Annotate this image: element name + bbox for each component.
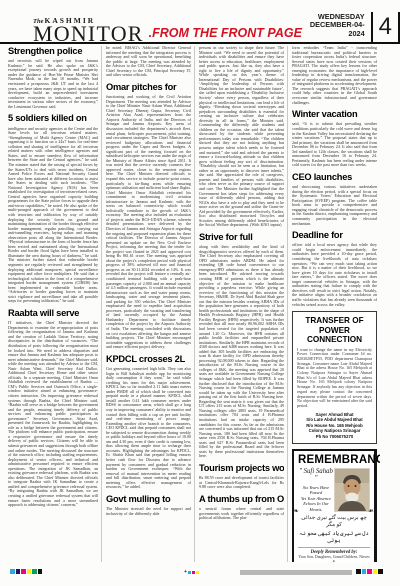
registration-dot [192,571,195,574]
notice-body: I want to change the name in my Electric… [297,348,372,409]
masthead: TheKASHMIR MONITOR .FROM THE FRONT PAGE … [0,4,400,44]
article-govt-mulling: Govt mulling to The Minister stressed th… [106,495,191,516]
article-ceo-launches: CEO launches and showcasing various init… [292,173,377,226]
column-3: persons in our society to shape their fu… [194,46,287,562]
column-1: Strengthen police and terrorists will be… [8,46,101,562]
article-headline: Deadline for [292,231,377,241]
urdu-couplet-line2: دل سے تیری یاد کبھی محو نہ ہوئی [298,531,370,545]
newspaper-page: TheKASHMIR MONITOR .FROM THE FRONT PAGE … [0,0,400,586]
paper-logo: TheKASHMIR MONITOR [33,17,144,43]
article-tourism-projects: Tourism projects worth Rs 88.59 crore an… [199,464,284,490]
article-headline: Winter vacation [292,110,377,120]
color-registration-marks-right [356,569,383,574]
article-oxford: A thumbs up from Oxford a neutral forum … [199,495,284,521]
article-headline: Tourism projects worth [199,464,284,474]
article-omar-pitches: Omar pitches for functioning and working… [106,83,191,350]
registration-dot [38,569,43,574]
power-connection-notice: TRANSFER OF POWER CONNECTION I want to c… [292,311,377,444]
remembrance-text: " Sufi Sahab " Six Years Have Passed Yet… [298,468,334,513]
article-body: along with their availability and the ki… [199,245,284,459]
article-continuation: he noted. BISAG’s Additional Director Ge… [106,46,191,78]
urdu-couplet-line1: چھ برس بیت گئے تیری جدائی کو مگر [298,515,370,529]
registration-dot [21,569,26,574]
notice-title: TRANSFER OF POWER CONNECTION [297,316,372,345]
column-2: he noted. BISAG’s Additional Director Ge… [101,46,194,562]
registration-dot [362,569,367,574]
masthead-right: WEDNESDAY DECEMBER-04-2024 4 [302,12,400,42]
article-body: he noted. BISAG’s Additional Director Ge… [106,46,191,78]
section-strap: .FROM THE FRONT PAGE [149,26,302,40]
registration-dot [188,571,191,574]
ornament-icon: ❧ [293,507,299,515]
date-block: WEDNESDAY DECEMBER-04-2024 [302,13,365,39]
article-deadline: Deadline for officer told a local news a… [292,231,377,307]
registration-dot [196,571,199,574]
ornament-icon: ❧ [368,507,374,515]
article-body: a neutral forum where central and state … [199,507,284,521]
notice-title-line1: TRANSFER OF POWER [297,316,372,335]
article-kpdcl: KPDCL crosses 2L Got generating connecte… [106,355,191,490]
color-registration-marks-left [10,569,42,574]
remembrance-line: Echoes In Our Hearts. [298,501,334,512]
registration-dot [16,569,21,574]
article-headline: A thumbs up from Oxford [199,495,284,505]
notice-signature: Sayer Ahmad Bhat S/o Late Abdul Majeed B… [297,412,372,440]
article-body: said, “It is to submit that prevailing w… [292,122,377,167]
remembrance-line: Six Years Have Passed [298,485,334,496]
registration-dot [373,569,378,574]
crosshair-registration-mark: + [184,569,199,575]
columns-container: Strengthen police and terrorists will be… [8,46,395,562]
registration-dot [10,569,15,574]
registration-dot [356,569,361,574]
article-continuation: form embodies “Team India” - transcendin… [292,46,377,105]
article-body: Rs 88.59 crore and development of touris… [199,476,284,490]
article-body: The Minister stressed the need for suppo… [106,507,191,516]
article-body: officer told a local news agency that wh… [292,243,377,307]
article-headline: KPDCL crosses 2L [106,355,191,365]
remembrance-photo [334,468,370,512]
print-registration-strip: + [0,569,400,577]
article-body: functioning and working of the Civil Avi… [106,95,191,350]
article-headline: CEO launches [292,173,377,183]
article-headline: 5 soldiers killed on [8,114,98,124]
remembrance-name-quote: " Sufi Sahab " [298,468,334,482]
article-body: IT initiatives, the Chief Minister direc… [8,321,98,507]
article-strive-full: Strive for full along with their availab… [199,233,284,459]
page-number: 4 [371,12,400,42]
article-body: and showcasing various initiatives under… [292,185,377,226]
article-strengthen-police: Strengthen police and terrorists will be… [8,47,98,109]
article-body: persons in our society to shape their fu… [199,46,284,228]
article-body: and terrorists will be wiped out from Ja… [8,59,98,109]
gray-calibration-bar [240,570,352,575]
remembrance-ad: ❧ ❧ REMEMBRANCE " Sufi Sahab " Six Years… [292,449,377,562]
column-4: form embodies “Team India” - transcendin… [287,46,380,562]
article-body: intelligence and security agencies at th… [8,127,98,304]
registration-dot [367,569,372,574]
registration-dot [27,569,32,574]
article-headline: Govt mulling to [106,495,191,505]
notice-title-line2: CONNECTION [297,335,372,345]
article-body: Got generating connected high bills. The… [106,367,191,490]
article-headline: Omar pitches for [106,83,191,93]
article-headline: Strive for full [199,233,284,243]
article-winter-vacation: Winter vacation said, “It is to submit t… [292,110,377,168]
remembered-by-names: Your Son, Daughters, Grand Children, Nie… [298,555,370,562]
date-label: DECEMBER-04-2024 [302,21,365,38]
paper-name-main: MONITOR [33,25,144,42]
article-headline: Raabta will serve [8,309,98,319]
article-continuation: persons in our society to shape their fu… [199,46,284,228]
remembered-names-line1: Your Son, Daughters, Grand Children, Nie… [298,555,370,562]
remembered-by-label: Deeply Remembered by: [298,547,370,555]
remembrance-title: REMEMBRANCE [298,454,370,466]
article-body: form embodies “Team India” - transcendin… [292,46,377,105]
registration-dot [32,569,37,574]
article-headline: Strengthen police [8,47,98,57]
article-raabta: Raabta will serve IT initiatives, the Ch… [8,309,98,508]
signature-phone: Ph No 7006075270 [297,434,372,440]
remembrance-row: " Sufi Sahab " Six Years Have Passed Yet… [298,468,370,513]
registration-dot [378,569,383,574]
article-5-soldiers: 5 soldiers killed on intelligence and se… [8,114,98,304]
